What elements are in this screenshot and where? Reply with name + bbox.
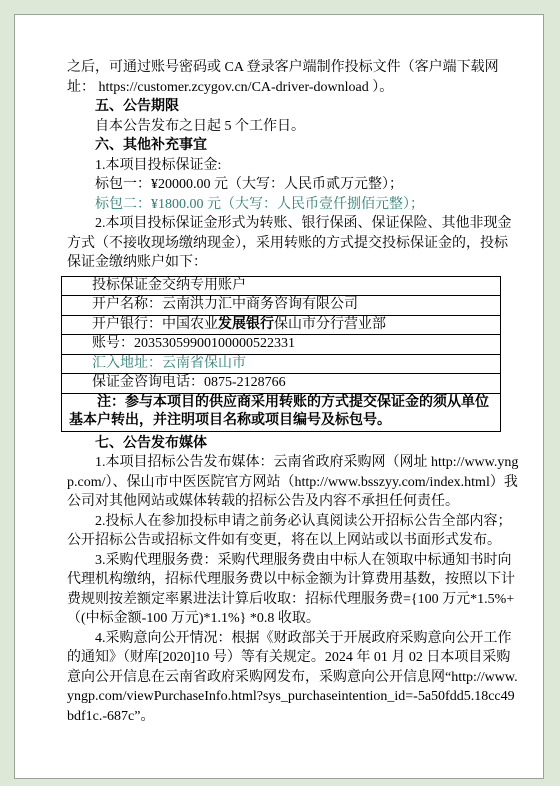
table-row: 保证金咨询电话：0875-2128766 [62,374,501,394]
table-row: 账号：20353059900100000522331 [62,335,501,355]
deposit-phone-cell: 保证金咨询电话：0875-2128766 [62,374,501,394]
table-row: 汇入地址：云南省保山市 [62,354,501,374]
deposit-note-cell: 注：参与本项目的供应商采用转账的方式提交保证金的须从单位基本户转出，并注明项目名… [62,393,501,431]
bank-name-suffix: 保山市分行营业部 [274,317,386,332]
deposit-account-title-cell: 投标保证金交纳专用账户 [62,276,501,296]
table-row: 注：参与本项目的供应商采用转账的方式提交保证金的须从单位基本户转出，并注明项目名… [62,393,501,431]
account-number-cell: 账号：20353059900100000522331 [62,335,501,355]
section6-item2-deposit-forms: 2.本项目投标保证金形式为转账、银行保函、保证保险、其他非现金方式（不接收现场缴… [67,214,519,273]
package2-amount-line: 标包二：¥1800.00 元（大写：人民币壹仟捌佰元整）； [67,195,519,215]
section5-heading: 五、公告期限 [67,97,519,117]
remit-address-cell: 汇入地址：云南省保山市 [62,354,501,374]
section5-body: 自本公告发布之日起 5 个工作日。 [67,117,519,137]
table-row: 开户名称：云南洪力汇中商务咨询有限公司 [62,296,501,316]
bank-name-prefix: 开户银行：中国农业 [92,317,218,332]
section7-heading: 七、公告发布媒体 [67,434,519,454]
table-row: 投标保证金交纳专用账户 [62,276,501,296]
deposit-account-table: 投标保证金交纳专用账户 开户名称：云南洪力汇中商务咨询有限公司 开户银行：中国农… [61,276,501,432]
section6-item1-deposit: 1.本项目投标保证金: [67,156,519,176]
section7-item3-agency-fee: 3.采购代理服务费：采购代理服务费由中标人在领取中标通知书时向代理机构缴纳，招标… [67,551,519,629]
bank-name-cell: 开户银行：中国农业发展银行保山市分行营业部 [62,315,501,335]
table-row: 开户银行：中国农业发展银行保山市分行营业部 [62,315,501,335]
package1-amount-line: 标包一：¥20000.00 元（大写：人民币贰万元整）； [67,175,519,195]
section7-item2-read-notice: 2.投标人在参加投标申请之前务必认真阅读公开招标公告全部内容；公开招标公告或招标… [67,512,519,551]
paragraph-ca-login-continuation: 之后，可通过账号密码或 CA 登录客户端制作投标文件（客户端下载网址： http… [67,58,519,97]
section7-item1-media: 1.本项目招标公告发布媒体：云南省政府采购网（网址 http://www.yng… [67,453,519,512]
document-page: 之后，可通过账号密码或 CA 登录客户端制作投标文件（客户端下载网址： http… [14,14,544,779]
section7-item4-procurement-intention: 4.采购意向公开情况：根据《财政部关于开展政府采购意向公开工作的通知》（财库[2… [67,629,519,727]
account-name-cell: 开户名称：云南洪力汇中商务咨询有限公司 [62,296,501,316]
section6-heading: 六、其他补充事宜 [67,136,519,156]
bank-name-bold-segment: 发展银行 [218,317,274,332]
document-content: 之后，可通过账号密码或 CA 登录客户端制作投标文件（客户端下载网址： http… [15,15,543,726]
